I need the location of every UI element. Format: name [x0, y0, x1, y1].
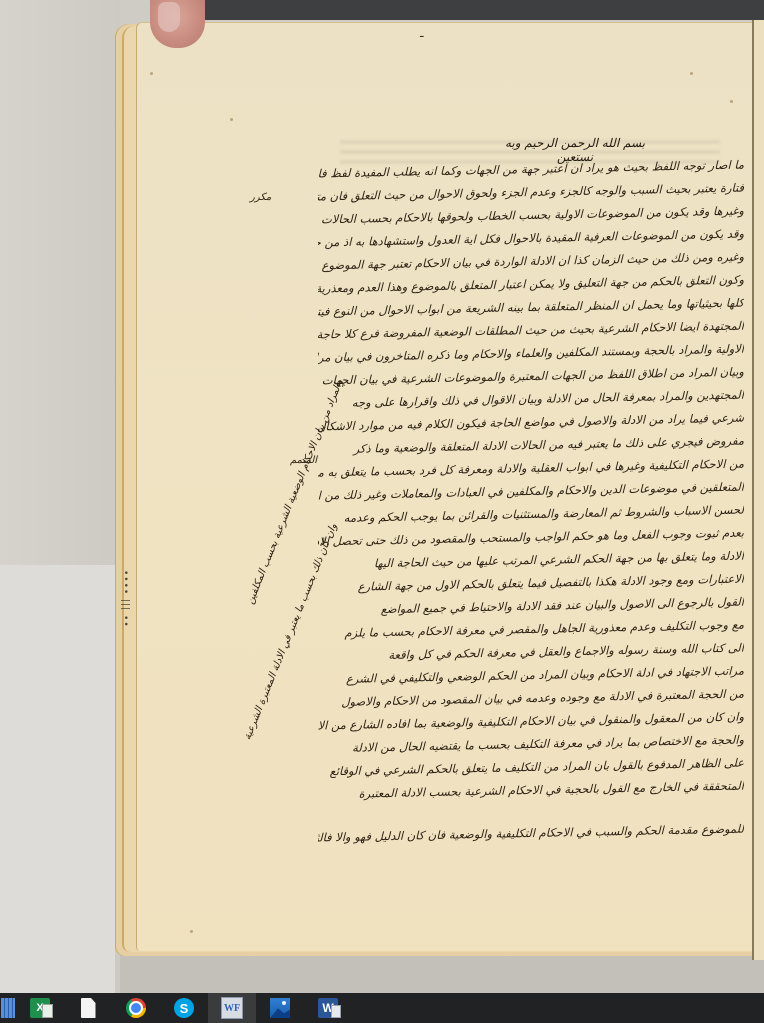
taskbar-wf[interactable]: WF	[208, 993, 256, 1023]
taskbar-calculator[interactable]	[0, 993, 16, 1023]
speck	[690, 72, 693, 75]
skype-icon: S	[174, 998, 194, 1018]
speck	[190, 930, 193, 933]
speck	[150, 72, 153, 75]
taskbar-photos[interactable]	[256, 993, 304, 1023]
taskbar-skype[interactable]: S	[160, 993, 208, 1023]
wf-icon: WF	[221, 997, 243, 1019]
calculator-icon	[1, 998, 15, 1018]
taskbar: X S WF W	[0, 993, 764, 1023]
top-shadow	[200, 0, 764, 20]
file-icon	[81, 998, 96, 1018]
photo-viewer: •••• ||| •• ـ بسم الله الرحمن الرحيم وبه…	[0, 0, 764, 993]
thumb-nail	[158, 2, 180, 32]
taskbar-file[interactable]	[64, 993, 112, 1023]
taskbar-word[interactable]: W	[304, 993, 352, 1023]
excel-icon-letter: X	[36, 1002, 43, 1014]
facing-page-edge	[752, 20, 764, 960]
photos-icon	[270, 998, 290, 1018]
speck	[230, 118, 233, 121]
word-icon: W	[318, 998, 338, 1018]
excel-icon: X	[30, 998, 50, 1018]
chrome-icon	[126, 998, 146, 1018]
spine-marks: •••• ||| ••	[118, 570, 130, 700]
taskbar-excel[interactable]: X	[16, 993, 64, 1023]
top-mark: ـ	[420, 26, 450, 36]
skype-icon-letter: S	[180, 1001, 189, 1016]
word-icon-letter: W	[322, 1001, 333, 1015]
taskbar-chrome[interactable]	[112, 993, 160, 1023]
margin-label-mukarrar: مكرر	[250, 192, 271, 203]
wf-icon-letters: WF	[224, 1003, 240, 1014]
speck	[730, 100, 733, 103]
background-paper	[0, 565, 115, 993]
